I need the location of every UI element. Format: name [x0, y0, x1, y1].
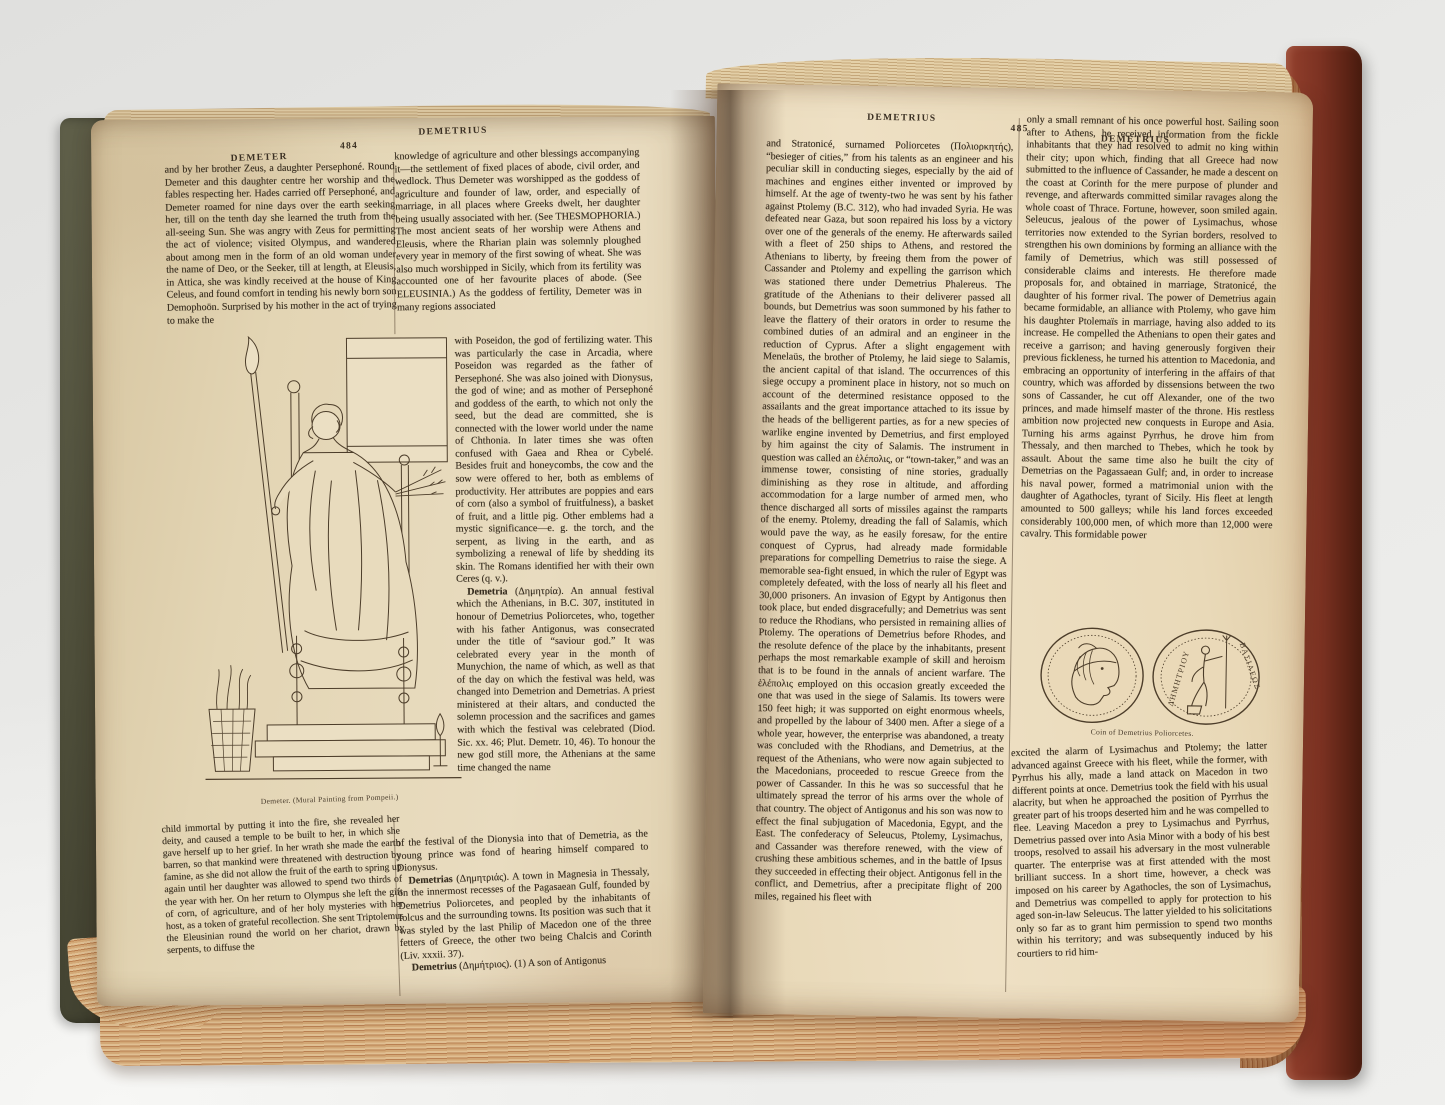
demetria-headword: Demetria	[467, 586, 507, 597]
right-running-head-word: DEMETRIUS	[848, 112, 956, 124]
open-book: DEMETER 484 DEMETRIUS and by her brother…	[58, 6, 1364, 1086]
ground-line	[206, 778, 462, 780]
photo-background: DEMETER 484 DEMETRIUS and by her brother…	[0, 0, 1445, 1105]
coin-caption: Coin of Demetrius Poliorcetes.	[1007, 726, 1277, 739]
demeter-engraving	[194, 330, 471, 790]
left-col2-top-text: knowledge of agriculture and other bless…	[394, 147, 642, 314]
coin-reverse: ΔΗΜΗΤΡΙΟΥ ΒΑΣΙΛΕΩΣ	[1152, 629, 1263, 725]
right-col1-text: and Stratonicé, surnamed Poliorcetes (Πο…	[754, 138, 1013, 907]
demetria-entry: Demetria (Δημητρία). An annual festival …	[456, 585, 655, 775]
right-col2-top-text: only a small remnant of his once powerfu…	[1020, 114, 1279, 544]
left-running-head-word-2: DEMETRIUS	[399, 125, 507, 138]
left-col2-wrapped-text: with Poseidon, the god of fertilizing wa…	[454, 334, 655, 775]
left-col2-bottom-text: of the festival of the Dionysia into tha…	[396, 828, 653, 976]
pedestal	[255, 724, 445, 771]
coin-obverse	[1040, 628, 1143, 724]
left-col1-bottom-text: child immortal by putting it into the fi…	[161, 814, 405, 958]
demeter-engraving-figure	[194, 330, 471, 790]
demetria-entry-text: (Δημητρία). An annual festival which the…	[456, 585, 655, 773]
left-col1-top-text: and by her brother Zeus, a daughter Pers…	[165, 161, 398, 328]
background-block	[346, 338, 447, 463]
demeter-article-continued: with Poseidon, the god of fertilizing wa…	[454, 334, 654, 586]
left-page-number: 484	[327, 141, 371, 152]
coin-figure: ΔΗΜΗΤΡΙΟΥ ΒΑΣΙΛΕΩΣ	[1037, 624, 1277, 728]
right-page: DEMETRIUS 485 DEMETRIUS and Stratonicé, …	[703, 83, 1314, 1022]
demetrias-headword: Demetrias	[408, 874, 453, 887]
wheat-basket	[209, 665, 256, 771]
demetrias-entry: Demetrias (Δημητριάς). A town in Magnesi…	[397, 866, 652, 963]
right-col2-bottom-text: excited the alarm of Lysimachus and Ptol…	[1011, 740, 1273, 961]
demeter-figure-caption: Demeter. (Mural Painting from Pompeii.)	[180, 790, 480, 809]
left-page: DEMETER 484 DEMETRIUS and by her brother…	[91, 116, 721, 1006]
demetrius-headword: Demetrius	[412, 961, 457, 974]
wheat-ears	[395, 467, 445, 496]
coin-illustration: ΔΗΜΗΤΡΙΟΥ ΒΑΣΙΛΕΩΣ	[1037, 624, 1277, 728]
